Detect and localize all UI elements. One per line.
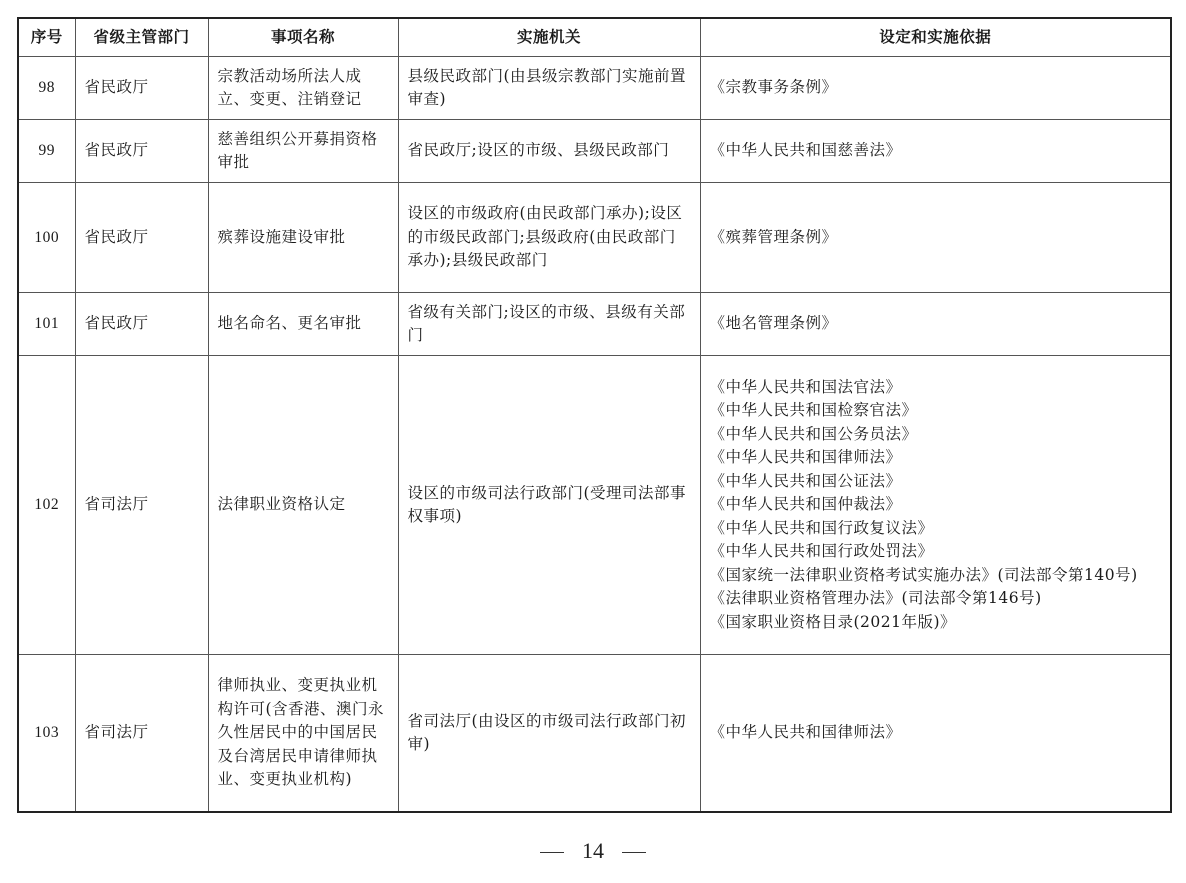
table-row: 100 省民政厅 殡葬设施建设审批 设区的市级政府(由民政部门承办);设区的市级… (18, 183, 1171, 293)
row-item-name: 法律职业资格认定 (208, 356, 398, 655)
row-index: 100 (18, 183, 75, 293)
row-index: 102 (18, 356, 75, 655)
row-department: 省民政厅 (75, 183, 208, 293)
table-row: 98 省民政厅 宗教活动场所法人成立、变更、注销登记 县级民政部门(由县级宗教部… (18, 57, 1171, 120)
basis-law: 《法律职业资格管理办法》(司法部令第146号) (710, 587, 1162, 611)
row-basis: 《地名管理条例》 (700, 293, 1171, 356)
row-department: 省民政厅 (75, 120, 208, 183)
header-basis: 设定和实施依据 (700, 18, 1171, 57)
administrative-items-table: 序号 省级主管部门 事项名称 实施机关 设定和实施依据 98 省民政厅 宗教活动… (17, 17, 1172, 813)
basis-law: 《中华人民共和国公务员法》 (710, 423, 1162, 447)
header-index: 序号 (18, 18, 75, 57)
basis-law: 《国家职业资格目录(2021年版)》 (710, 611, 1162, 635)
row-department: 省司法厅 (75, 655, 208, 813)
row-index: 98 (18, 57, 75, 120)
basis-law: 《中华人民共和国行政复议法》 (710, 517, 1162, 541)
row-item-name: 地名命名、更名审批 (208, 293, 398, 356)
basis-law: 《殡葬管理条例》 (710, 226, 1162, 250)
table-row: 101 省民政厅 地名命名、更名审批 省级有关部门;设区的市级、县级有关部门 《… (18, 293, 1171, 356)
basis-law: 《中华人民共和国律师法》 (710, 446, 1162, 470)
footer-dash-left (540, 852, 564, 853)
basis-law: 《中华人民共和国仲裁法》 (710, 493, 1162, 517)
basis-law: 《中华人民共和国检察官法》 (710, 399, 1162, 423)
basis-law: 《中华人民共和国律师法》 (710, 721, 1162, 745)
row-basis: 《中华人民共和国律师法》 (700, 655, 1171, 813)
row-item-name: 殡葬设施建设审批 (208, 183, 398, 293)
row-department: 省司法厅 (75, 356, 208, 655)
row-basis: 《中华人民共和国慈善法》 (700, 120, 1171, 183)
basis-law: 《中华人民共和国公证法》 (710, 470, 1162, 494)
header-agency: 实施机关 (398, 18, 700, 57)
table-row: 103 省司法厅 律师执业、变更执业机构许可(含香港、澳门永久性居民中的中国居民… (18, 655, 1171, 813)
header-department: 省级主管部门 (75, 18, 208, 57)
table-row: 99 省民政厅 慈善组织公开募捐资格审批 省民政厅;设区的市级、县级民政部门 《… (18, 120, 1171, 183)
basis-law: 《中华人民共和国行政处罚法》 (710, 540, 1162, 564)
table-header-row: 序号 省级主管部门 事项名称 实施机关 设定和实施依据 (18, 18, 1171, 57)
row-basis: 《殡葬管理条例》 (700, 183, 1171, 293)
row-item-name: 慈善组织公开募捐资格审批 (208, 120, 398, 183)
row-item-name: 律师执业、变更执业机构许可(含香港、澳门永久性居民中的中国居民及台湾居民申请律师… (208, 655, 398, 813)
row-agency: 设区的市级政府(由民政部门承办);设区的市级民政部门;县级政府(由民政部门承办)… (398, 183, 700, 293)
row-index: 103 (18, 655, 75, 813)
row-basis: 《中华人民共和国法官法》 《中华人民共和国检察官法》 《中华人民共和国公务员法》… (700, 356, 1171, 655)
header-item-name: 事项名称 (208, 18, 398, 57)
basis-law: 《国家统一法律职业资格考试实施办法》(司法部令第140号) (710, 564, 1162, 588)
row-agency: 设区的市级司法行政部门(受理司法部事权事项) (398, 356, 700, 655)
row-index: 99 (18, 120, 75, 183)
row-department: 省民政厅 (75, 293, 208, 356)
row-agency: 县级民政部门(由县级宗教部门实施前置审查) (398, 57, 700, 120)
row-basis: 《宗教事务条例》 (700, 57, 1171, 120)
basis-law: 《地名管理条例》 (710, 312, 1162, 336)
basis-law: 《中华人民共和国法官法》 (710, 376, 1162, 400)
footer-dash-right (622, 852, 646, 853)
row-agency: 省民政厅;设区的市级、县级民政部门 (398, 120, 700, 183)
row-index: 101 (18, 293, 75, 356)
basis-law: 《中华人民共和国慈善法》 (710, 139, 1162, 163)
row-agency: 省级有关部门;设区的市级、县级有关部门 (398, 293, 700, 356)
row-item-name: 宗教活动场所法人成立、变更、注销登记 (208, 57, 398, 120)
page-footer: 14 (0, 838, 1186, 864)
table-row: 102 省司法厅 法律职业资格认定 设区的市级司法行政部门(受理司法部事权事项)… (18, 356, 1171, 655)
row-agency: 省司法厅(由设区的市级司法行政部门初审) (398, 655, 700, 813)
row-department: 省民政厅 (75, 57, 208, 120)
page-number: 14 (582, 838, 604, 863)
basis-law: 《宗教事务条例》 (710, 76, 1162, 100)
